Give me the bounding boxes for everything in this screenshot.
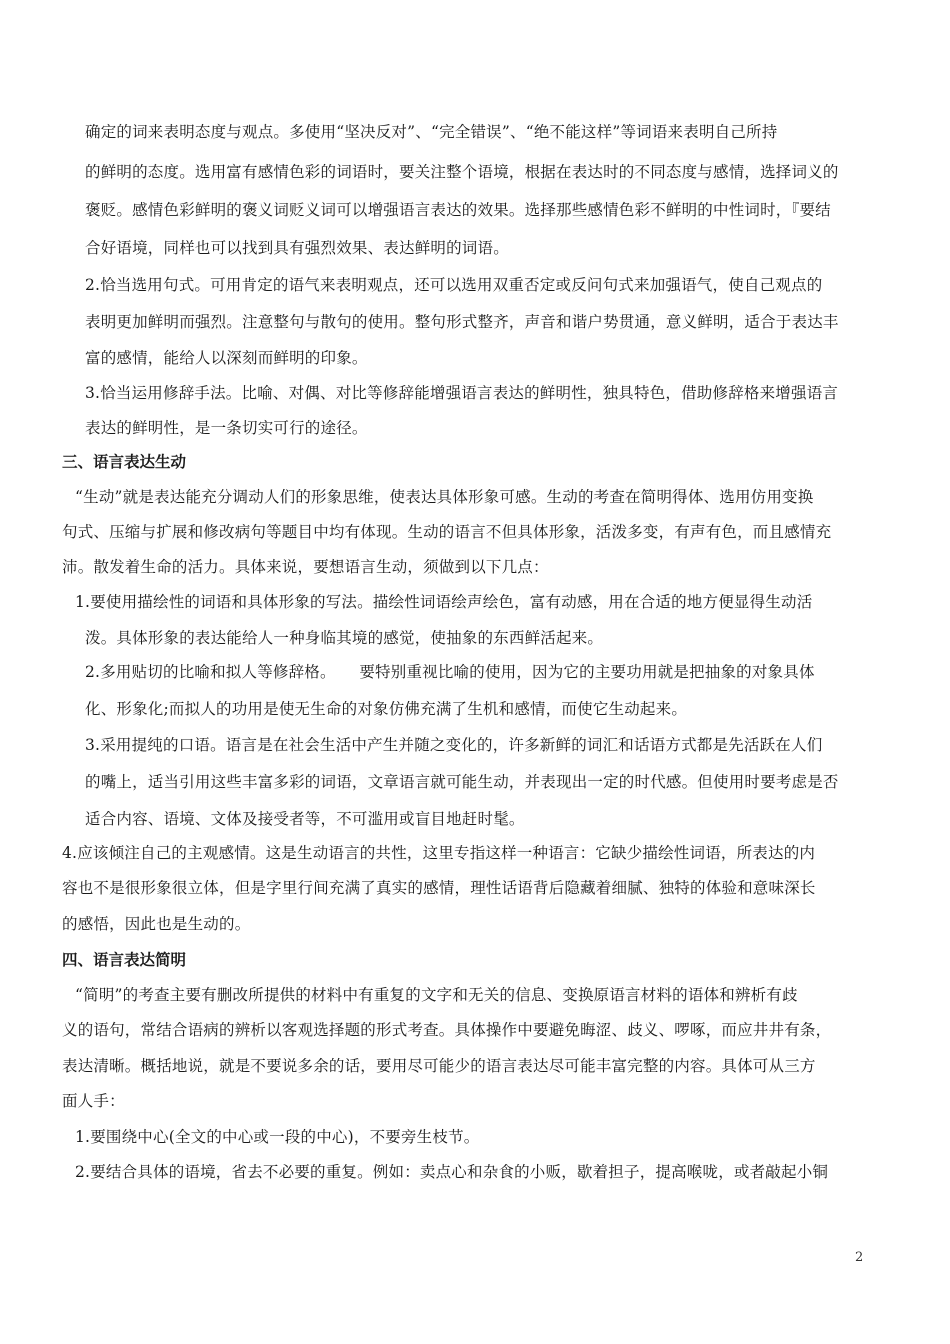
text-line: 义的语句，常结合语病的辨析以客观选择题的形式考查。具体操作中要避免晦涩、歧义、啰… — [62, 1020, 831, 1040]
text-line: 表达清晰。概括地说，就是不要说多余的话，要用尽可能少的语言表达尽可能丰富完整的内… — [62, 1056, 816, 1076]
text-line: 表达的鲜明性，是一条切实可行的途径。 — [85, 418, 368, 438]
text-line: 面人手： — [62, 1091, 125, 1111]
text-line: 2.恰当选用句式。可用肯定的语气来表明观点，还可以选用双重否定或反问句式来加强语… — [85, 275, 822, 295]
text-line: 1.要围绕中心(全文的中心或一段的中心)，不要旁生枝节。 — [75, 1127, 480, 1147]
page-number: 2 — [855, 1250, 863, 1265]
text-line: 的嘴上，适当引用这些丰富多彩的词语，文章语言就可能生动，并表现出一定的时代感。但… — [85, 772, 839, 792]
text-line: 3.采用提纯的口语。语言是在社会生活中产生并随之变化的，许多新鲜的词汇和话语方式… — [85, 735, 822, 755]
text-line: 表明更加鲜明而强烈。注意整句与散句的使用。整句形式整齐，声音和谐户势贯通，意义鲜… — [85, 312, 839, 332]
text-line: 沛。散发着生命的活力。具体来说，要想语言生动，须做到以下几点： — [62, 557, 549, 577]
text-line: 泼。具体形象的表达能给人一种身临其境的感觉，使抽象的东西鲜活起来。 — [85, 628, 603, 648]
text-line: 句式、压缩与扩展和修改病句等题目中均有体现。生动的语言不但具体形象，活泼多变，有… — [62, 522, 831, 542]
text-line: 4.应该倾注自己的主观感情。这是生动语言的共性，这里专指这样一种语言：它缺少描绘… — [62, 843, 815, 863]
text-line: 适合内容、语境、文体及接受者等，不可滥用或盲目地赶时髦。 — [85, 809, 525, 829]
text-line: 确定的词来表明态度与观点。多使用“坚决反对”、“完全错误”、“绝不能这样”等词语… — [85, 122, 777, 142]
text-line: 3.恰当运用修辞手法。比喻、对偶、对比等修辞能增强语言表达的鲜明性，独具特色，借… — [85, 383, 838, 403]
text-line: 褒贬。感情色彩鲜明的褒义词贬义词可以增强语言表达的效果。选择那些感情色彩不鲜明的… — [85, 200, 831, 220]
text-line: 1.要使用描绘性的词语和具体形象的写法。描绘性词语绘声绘色，富有动感，用在合适的… — [75, 592, 812, 612]
text-line: 2.多用贴切的比喻和拟人等修辞格。 要特别重视比喻的使用，因为它的主要功用就是把… — [85, 662, 815, 682]
text-line: 合好语境，同样也可以找到具有强烈效果、表达鲜明的词语。 — [85, 238, 509, 258]
text-line: 2.要结合具体的语境，省去不必要的重复。例如：卖点心和杂食的小贩，歇着担子，提高… — [75, 1162, 828, 1182]
text-line: 的鲜明的态度。选用富有感情色彩的词语时，要关注整个语境，根据在表达时的不同态度与… — [85, 162, 839, 182]
text-line: 容也不是很形象很立体，但是字里行间充满了真实的感情，理性话语背后隐藏着细腻、独特… — [62, 878, 816, 898]
text-line: 的感悟，因此也是生动的。 — [62, 914, 250, 934]
text-line: “简明”的考查主要有删改所提供的材料中有重复的文字和无关的信息、变换原语言材料的… — [75, 985, 798, 1005]
text-line: 富的感情，能给人以深刻而鲜明的印象。 — [85, 348, 368, 368]
section-heading: 三、语言表达生动 — [62, 452, 186, 472]
document-page: 确定的词来表明态度与观点。多使用“坚决反对”、“完全错误”、“绝不能这样”等词语… — [0, 0, 950, 1344]
text-line: 化、形象化;而拟人的功用是使无生命的对象仿佛充满了生机和感情，而使它生动起来。 — [85, 699, 687, 719]
text-line: “生动”就是表达能充分调动人们的形象思维，使表达具体形象可感。生动的考查在简明得… — [75, 487, 813, 507]
section-heading: 四、语言表达简明 — [62, 950, 186, 970]
